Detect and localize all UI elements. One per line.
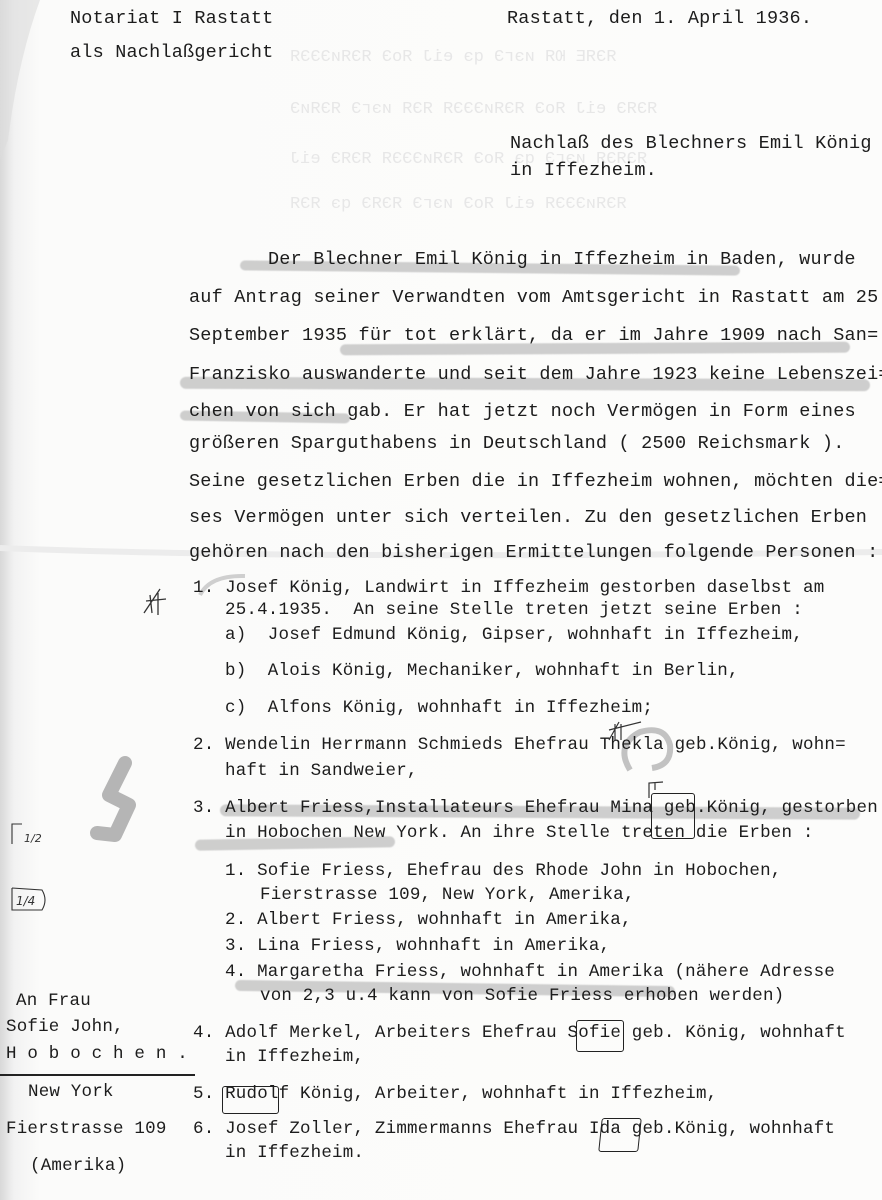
body-line: gehören nach den bisherigen Ermittelunge… [189,542,878,564]
body-line: ses Vermögen unter sich verteilen. Zu de… [189,507,867,529]
ink-hash-mark [140,583,170,618]
recipient-line-1: An Frau [16,990,91,1012]
body-line: Der Blechner Emil König in Iffezheim in … [268,249,856,271]
svg-text:1/4: 1/4 [16,894,35,908]
body-line: chen von sich gab. Er hat jetzt noch Ver… [189,401,856,423]
ink-hash-mark [605,718,645,743]
heir-3-sub-4: 4. Margaretha Friess, wohnhaft in Amerik… [225,961,835,983]
heir-6-line-1: 6. Josef Zoller, Zimmermanns Ehefrau Ida… [193,1118,835,1140]
bleed-through-text: ЯЭЯЕ ЮЯ иэгЭ qэ eiJ ЯоЭ ЯЭЯиЭЭЭЯ [290,48,616,67]
margin-mark-f-1-2: 1/2 [8,818,53,848]
body-line: auf Antrag seiner Verwandten vom Amtsger… [189,287,882,309]
heir-3-line-2: in Hobochen New York. An ihre Stelle tre… [225,822,814,844]
heir-2-line-1: 2. Wendelin Herrmann Schmieds Ehefrau Th… [193,734,846,756]
sender-line-2: als Nachlaßgericht [70,42,273,64]
recipient-line-2: Sofie John, [6,1016,124,1038]
body-line: Seine gesetzlichen Erben die in Iffezhei… [189,471,882,493]
name-box-sofie [576,1020,624,1052]
heir-3-sub-2: 2. Albert Friess, wohnhaft in Amerika, [225,909,632,931]
heir-4-line-2: in Iffezheim, [225,1046,364,1068]
recipient-line-5: Fierstrasse 109 [6,1118,167,1140]
recipient-line-3: H o b o c h e n . [6,1043,188,1065]
heir-1-line-1: 1. Josef König, Landwirt in Iffezheim ge… [193,577,824,599]
heir-3-line-1: 3. Albert Friess,Installateurs Ehefrau M… [193,797,878,819]
heir-1c: c) Alfons König, wohnhaft in Iffezheim; [225,697,653,719]
heir-3-sub-1: 1. Sofie Friess, Ehefrau des Rhode John … [225,860,782,882]
heir-1-line-2: 25.4.1935. An seine Stelle treten jetzt … [225,599,803,621]
svg-text:1/2: 1/2 [24,832,42,845]
heir-6-line-2: in Iffezheim. [225,1142,364,1164]
subject-line-1: Nachlaß des Blechners Emil König [510,133,872,155]
sender-line-1: Notariat I Rastatt [70,8,273,30]
ink-f-mark [645,780,667,800]
place-date: Rastatt, den 1. April 1936. [507,8,812,30]
body-line: Franzisko auswanderte und seit dem Jahre… [189,364,882,386]
name-box-rudolf [222,1086,279,1114]
margin-mark-1-4: 1/4 [8,884,48,914]
heir-3-sub-4-note: von 2,3 u.4 kann von Sofie Friess erhobe… [260,985,784,1007]
name-box-ida [598,1118,642,1152]
bleed-through-text: ЯЭЯиЭЭЭЯ eiJ ЯоЭ иэгЭ ЯЭЯЭ qэ ЯЭЯ [290,195,627,214]
heir-4-line-1: 4. Adolf Merkel, Arbeiters Ehefrau Sofie… [193,1022,846,1044]
heir-3-sub-3: 3. Lina Friess, wohnhaft in Amerika, [225,935,610,957]
body-line: größeren Sparguthabens in Deutschland ( … [189,433,845,455]
recipient-line-4: New York [28,1081,114,1103]
pencil-numeral-3-mark [85,755,155,850]
heir-2-line-2: haft in Sandweier, [225,760,418,782]
heir-3-sub-1-address: Fierstrasse 109, New York, Amerika, [260,884,635,906]
body-line: September 1935 für tot erklärt, da er im… [189,325,878,347]
bleed-through-text: ЯЭЯЭ eiJ ЯоЭ ЯЭЯиЭЭЭЯ ЯЭЯ иэгЭ ЯЭЯиЭ [290,100,657,119]
subject-line-2: in Iffezheim. [510,160,657,182]
heir-1b: b) Alois König, Mechaniker, wohnhaft in … [225,660,739,682]
heir-1a: a) Josef Edmund König, Gipser, wohnhaft … [225,624,803,646]
recipient-line-6: (Amerika) [30,1155,126,1177]
recipient-rule [0,1074,195,1076]
